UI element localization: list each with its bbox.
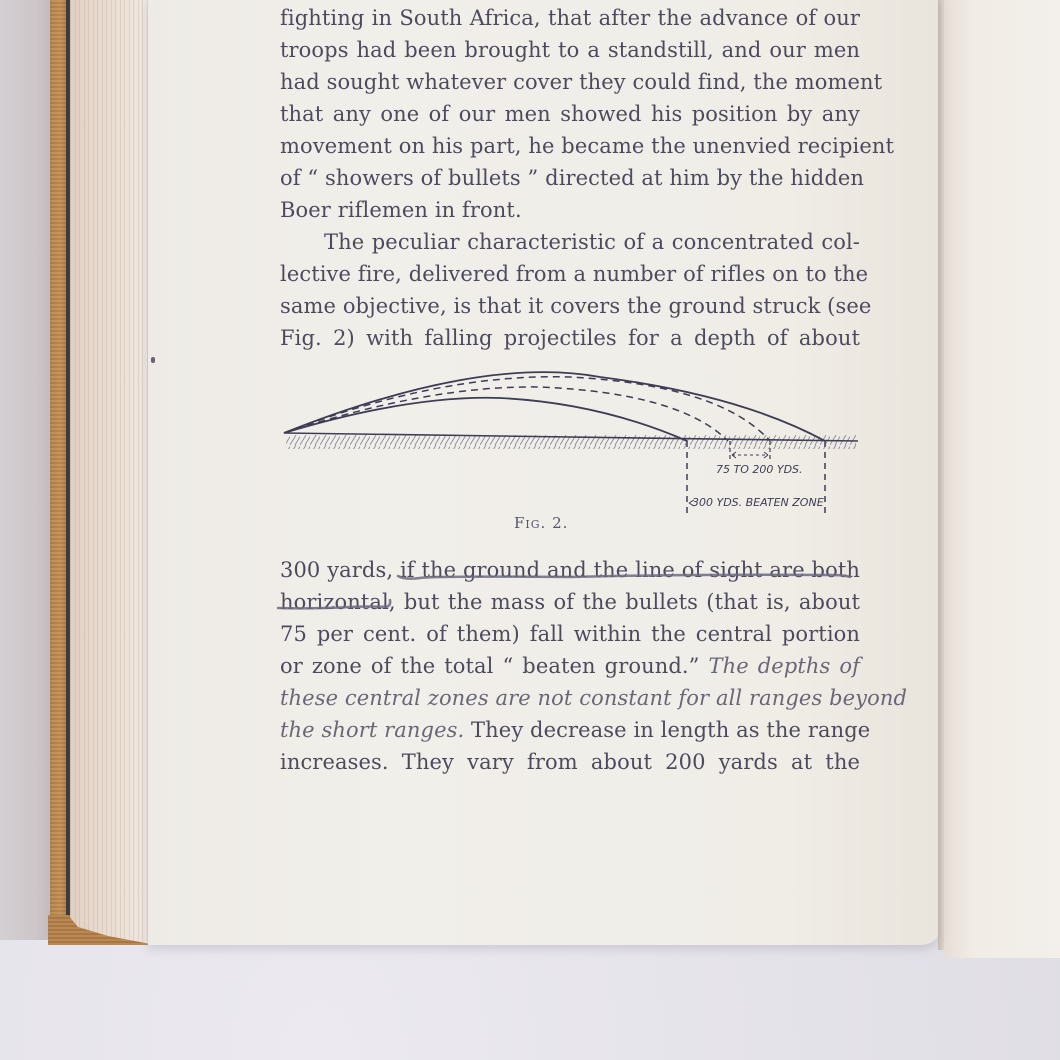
text-line: of “ showers of bullets ” directed at hi… [280, 162, 860, 194]
text-span: They decrease in length as the range [464, 718, 870, 742]
italic-text: the short ranges. [280, 718, 464, 742]
text-line: lective fire, delivered from a number of… [280, 258, 860, 290]
facing-page [944, 0, 1060, 958]
beaten-zone-label: 300 YDS. BEATEN ZONE [692, 496, 824, 509]
text-line: Fig. 2) with falling projectiles for a d… [280, 322, 860, 354]
text-line: 300 yards, if the ground and the line of… [280, 554, 860, 586]
text-line: Boer riflemen in front. [280, 194, 860, 226]
stacked-page-edges [70, 0, 152, 942]
text-span: 300 yards, [280, 558, 400, 582]
text-line: that any one of our men showed his posit… [280, 98, 860, 130]
text-line: The peculiar characteristic of a concent… [280, 226, 860, 258]
figure-caption: Fig. 2. [514, 514, 568, 532]
central-zone-label: 75 TO 200 YDS. [716, 463, 803, 476]
figure-beaten-zone-diagram: 75 TO 200 YDS. 300 YDS. BEATEN ZONE [280, 365, 870, 520]
trajectory-highest [284, 372, 825, 441]
text-line: 75 per cent. of them) fall within the ce… [280, 618, 860, 650]
text-line: increases. They vary from about 200 yard… [280, 746, 860, 778]
text-line: these central zones are not constant for… [280, 682, 860, 714]
text-line: troops had been brought to a standstill,… [280, 34, 860, 66]
text-span: but the mass of the bullets (that is, ab… [396, 590, 860, 614]
text-line: movement on his part, he became the unen… [280, 130, 860, 162]
text-line: horizontal, but the mass of the bullets … [280, 586, 860, 618]
trajectory-dashed-1 [284, 387, 728, 441]
text-span: or zone of the total “ beaten ground.” [280, 654, 708, 678]
page-blemish [151, 357, 155, 363]
book-gutter [938, 0, 944, 950]
trajectory-dashed-2 [284, 377, 770, 441]
underlined-text: horizontal, [280, 590, 396, 614]
text-line: same objective, is that it covers the gr… [280, 290, 860, 322]
text-line: the short ranges. They decrease in lengt… [280, 714, 860, 746]
text-line: or zone of the total “ beaten ground.” T… [280, 650, 860, 682]
text-line: had sought whatever cover they could fin… [280, 66, 860, 98]
italic-text: The depths of [708, 654, 860, 678]
background-shadow [0, 0, 52, 940]
underlined-text: if the ground and the line of sight are … [400, 558, 860, 582]
text-line: fighting in South Africa, that after the… [280, 2, 860, 34]
